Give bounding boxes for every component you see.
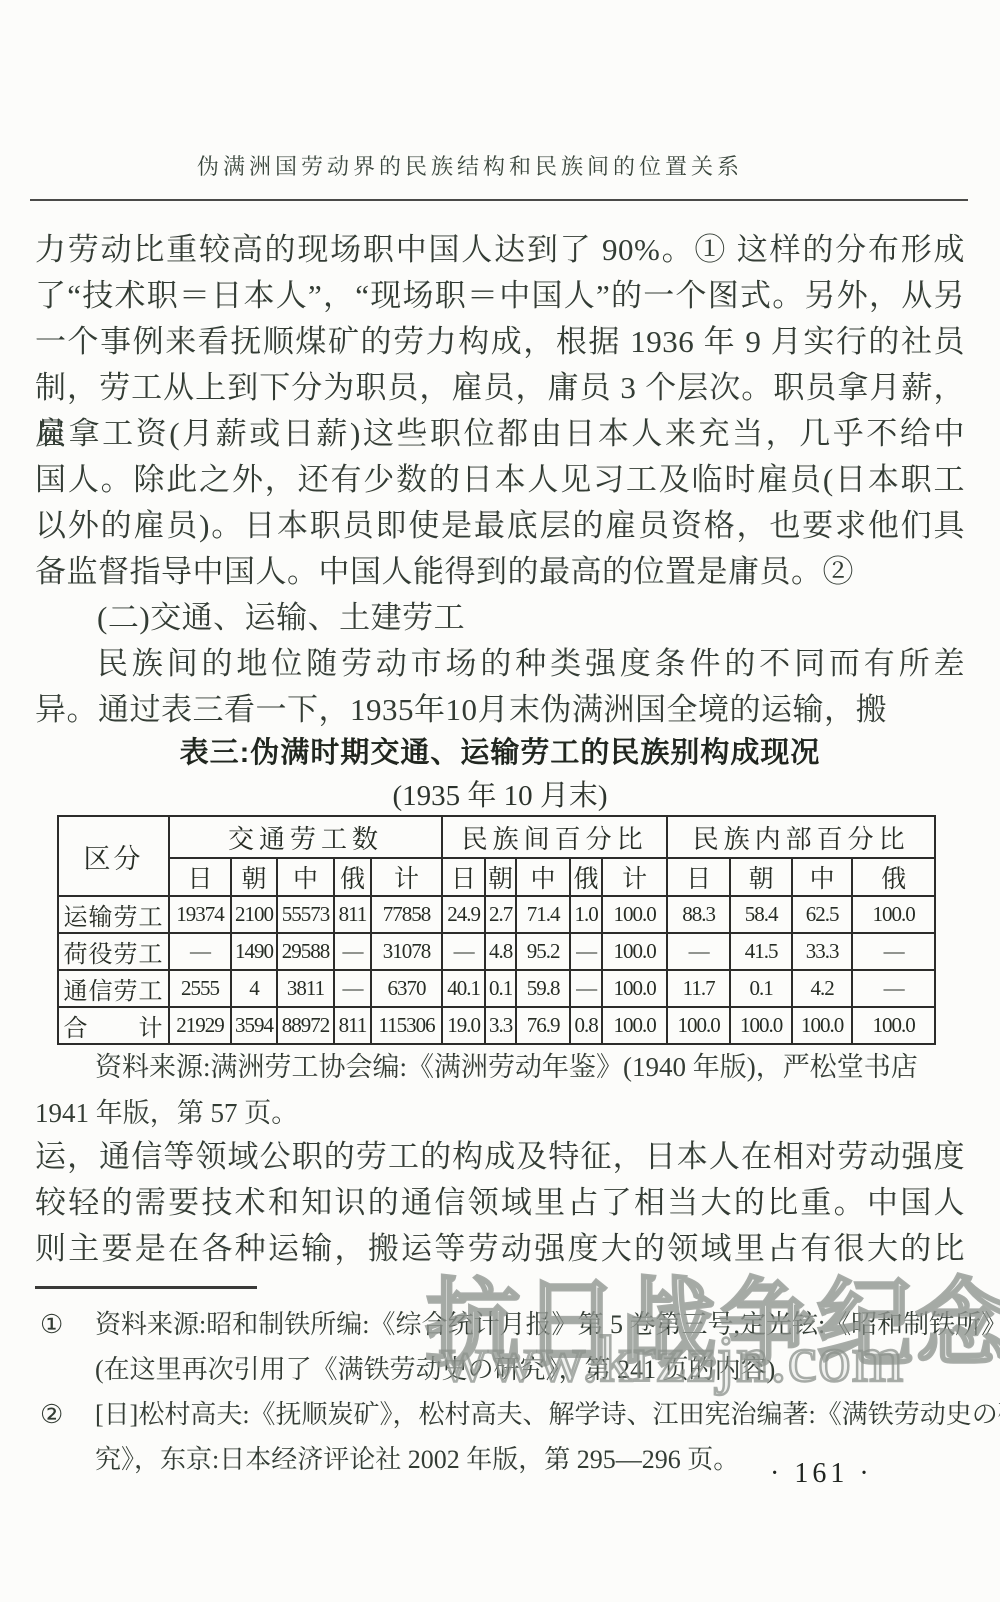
body-line: 以外的雇员)。日本职员即使是最底层的雇员资格，也要求他们具 — [35, 503, 965, 549]
table-cell: 2555 — [169, 970, 231, 1007]
footnote-marker: ① — [40, 1308, 95, 1342]
section-heading: (二)交通、运输、土建劳工 — [35, 595, 965, 641]
footnote-1: ①资料来源:昭和制铁所编:《综合统计月报》第 5 卷第三号,定光铉:《昭和制铁所… — [40, 1308, 1000, 1342]
table-row: 通信劳工255543811—637040.10.159.8—100.011.70… — [58, 970, 935, 1007]
body-line: 了“技术职＝日本人”，“现场职＝中国人”的一个图式。另外，从另 — [35, 273, 965, 319]
table-cell: 11.7 — [667, 970, 730, 1007]
table-subheader: 中 — [792, 858, 852, 896]
table-cell: — — [667, 933, 730, 970]
table-subheader: 朝 — [730, 858, 792, 896]
footnote-marker: ② — [40, 1398, 95, 1432]
table-cell: 24.9 — [442, 896, 485, 933]
table-cell: 100.0 — [852, 1007, 935, 1044]
row-label: 通信劳工 — [58, 970, 169, 1007]
page-number: · 161 · — [770, 1458, 873, 1490]
table-cell: 41.5 — [730, 933, 792, 970]
table-row: 运输劳工193742100555738117785824.92.771.41.0… — [58, 896, 935, 933]
table-group-header: 民族内部百分比 — [667, 816, 935, 858]
table-cell: 1490 — [231, 933, 277, 970]
table-cell: 19.0 — [442, 1007, 485, 1044]
body-line: 较轻的需要技术和知识的通信领域里占了相当大的比重。中国人 — [35, 1180, 965, 1226]
table-group-header-row: 区分 交通劳工数 民族间百分比 民族内部百分比 — [58, 816, 935, 858]
table-subheader: 朝 — [231, 858, 277, 896]
body-paragraphs-after-table: 运，通信等领域公职的劳工的构成及特征，日本人在相对劳动强度 较轻的需要技术和知识… — [35, 1134, 965, 1272]
table-source-note: 资料来源:满洲劳工协会编:《满洲劳动年鉴》(1940 年版)，严松堂书店 — [95, 1050, 918, 1084]
table-cell: — — [169, 933, 231, 970]
table-cell: 71.4 — [516, 896, 570, 933]
table-cell: 19374 — [169, 896, 231, 933]
table-cell: 100.0 — [602, 896, 667, 933]
header-rule — [30, 199, 968, 201]
row-label: 运输劳工 — [58, 896, 169, 933]
table-cell: 4.8 — [485, 933, 516, 970]
table-subheader: 中 — [516, 858, 570, 896]
table-cell: 100.0 — [602, 1007, 667, 1044]
table-cell: — — [852, 933, 935, 970]
table-group-header: 民族间百分比 — [442, 816, 667, 858]
table-row: 合 计2192935948897281111530619.03.376.90.8… — [58, 1007, 935, 1044]
body-line: 则主要是在各种运输，搬运等劳动强度大的领域里占有很大的比 — [35, 1226, 965, 1272]
body-line: 制，劳工从上到下分为职员，雇员，庸员 3 个层次。职员拿月薪，雇 — [35, 365, 965, 411]
table-subheader: 俄 — [570, 858, 602, 896]
table-cell: 2.7 — [485, 896, 516, 933]
table-cell: 811 — [334, 896, 371, 933]
row-label: 合 计 — [58, 1007, 169, 1044]
table-cell: 0.8 — [570, 1007, 602, 1044]
footnote-2: ②[日]松村高夫:《抚顺炭矿》，松村高夫、解学诗、江田宪治编著:《满铁劳动史の研 — [40, 1398, 1000, 1432]
table-cell: 4.2 — [792, 970, 852, 1007]
table-cell: 31078 — [371, 933, 442, 970]
table-cell: 100.0 — [602, 970, 667, 1007]
table-cell: 95.2 — [516, 933, 570, 970]
table-cell: 55573 — [277, 896, 334, 933]
table-subheader-row: 日朝中俄计日朝中俄计日朝中俄 — [58, 858, 935, 896]
table-title: 表三:伪满时期交通、运输劳工的民族别构成现况 — [0, 730, 1000, 771]
table-cell: 0.1 — [730, 970, 792, 1007]
table-subheader: 俄 — [334, 858, 371, 896]
body-paragraphs: 力劳动比重较高的现场职中国人达到了 90%。① 这样的分布形成 了“技术职＝日本… — [35, 227, 965, 733]
body-line: 备监督指导中国人。中国人能得到的最高的位置是庸员。② — [35, 549, 965, 595]
table-cell: 115306 — [371, 1007, 442, 1044]
scan-page: 伪满洲国劳动界的民族结构和民族间的位置关系 力劳动比重较高的现场职中国人达到了 … — [0, 0, 1000, 1602]
footnote-text: [日]松村高夫:《抚顺炭矿》，松村高夫、解学诗、江田宪治编著:《满铁劳动史の研 — [95, 1400, 1000, 1429]
table-cell: 76.9 — [516, 1007, 570, 1044]
footnote-2-continued: 究》，东京:日本经济评论社 2002 年版，第 295—296 页。 — [95, 1443, 739, 1477]
table-subheader: 俄 — [852, 858, 935, 896]
table-cell: 88972 — [277, 1007, 334, 1044]
running-head-title: 伪满洲国劳动界的民族结构和民族间的位置关系 — [197, 150, 743, 181]
body-line: 运，通信等领域公职的劳工的构成及特征，日本人在相对劳动强度 — [35, 1134, 965, 1180]
table-source-note: 1941 年版，第 57 页。 — [35, 1096, 298, 1130]
table-cell: 3811 — [277, 970, 334, 1007]
table-subheader: 日 — [169, 858, 231, 896]
table-cell: 88.3 — [667, 896, 730, 933]
body-line: 一个事例来看抚顺煤矿的劳力构成，根据 1936 年 9 月实行的社员 — [35, 319, 965, 365]
table-cell: 4 — [231, 970, 277, 1007]
table-cell: 100.0 — [792, 1007, 852, 1044]
table-cell: 62.5 — [792, 896, 852, 933]
table-cell: 100.0 — [852, 896, 935, 933]
table-cell: — — [570, 970, 602, 1007]
table-subtitle: (1935 年 10 月末) — [0, 773, 1000, 814]
table-subheader: 计 — [602, 858, 667, 896]
table-cell: 1.0 — [570, 896, 602, 933]
table-body: 运输劳工193742100555738117785824.92.771.41.0… — [58, 896, 935, 1044]
table-cell: 2100 — [231, 896, 277, 933]
table-cell: — — [852, 970, 935, 1007]
footnote-separator — [35, 1286, 257, 1289]
table-cell: 40.1 — [442, 970, 485, 1007]
body-line: 民族间的地位随劳动市场的种类强度条件的不同而有所差 — [35, 641, 965, 687]
table-row: 荷役劳工—149029588—31078—4.895.2—100.0—41.53… — [58, 933, 935, 970]
table-subheader: 日 — [442, 858, 485, 896]
table-cell: — — [334, 970, 371, 1007]
table-cell: 3.3 — [485, 1007, 516, 1044]
body-line: 员拿工资(月薪或日薪)这些职位都由日本人来充当，几乎不给中 — [35, 411, 965, 457]
table-cell: 811 — [334, 1007, 371, 1044]
table-subheader: 计 — [371, 858, 442, 896]
table-cell: 3594 — [231, 1007, 277, 1044]
table-cell: 33.3 — [792, 933, 852, 970]
table-cell: 77858 — [371, 896, 442, 933]
footnote-text: 资料来源:昭和制铁所编:《综合统计月报》第 5 卷第三号,定光铉:《昭和制铁所》 — [95, 1310, 1000, 1339]
table-cell: — — [442, 933, 485, 970]
table-cell: 6370 — [371, 970, 442, 1007]
table-cell: 29588 — [277, 933, 334, 970]
table-corner-header: 区分 — [58, 816, 169, 896]
table-subheader: 朝 — [485, 858, 516, 896]
table-cell: — — [570, 933, 602, 970]
table-cell: — — [334, 933, 371, 970]
table-cell: 100.0 — [730, 1007, 792, 1044]
table-cell: 59.8 — [516, 970, 570, 1007]
body-line: 力劳动比重较高的现场职中国人达到了 90%。① 这样的分布形成 — [35, 227, 965, 273]
table-group-header: 交通劳工数 — [169, 816, 442, 858]
body-line: 国人。除此之外，还有少数的日本人见习工及临时雇员(日本职工 — [35, 457, 965, 503]
table-cell: 21929 — [169, 1007, 231, 1044]
table-subheader: 日 — [667, 858, 730, 896]
labor-statistics-table: 区分 交通劳工数 民族间百分比 民族内部百分比 日朝中俄计日朝中俄计日朝中俄 运… — [57, 815, 936, 1045]
table-cell: 0.1 — [485, 970, 516, 1007]
body-line: 异。通过表三看一下，1935年10月末伪满洲国全境的运输，搬 — [35, 687, 965, 733]
row-label: 荷役劳工 — [58, 933, 169, 970]
table-cell: 100.0 — [667, 1007, 730, 1044]
footnote-1-continued: (在这里再次引用了《满铁劳动史の研究》，第 241 页的内容) — [95, 1353, 775, 1387]
table-cell: 58.4 — [730, 896, 792, 933]
table-cell: 100.0 — [602, 933, 667, 970]
table-subheader: 中 — [277, 858, 334, 896]
